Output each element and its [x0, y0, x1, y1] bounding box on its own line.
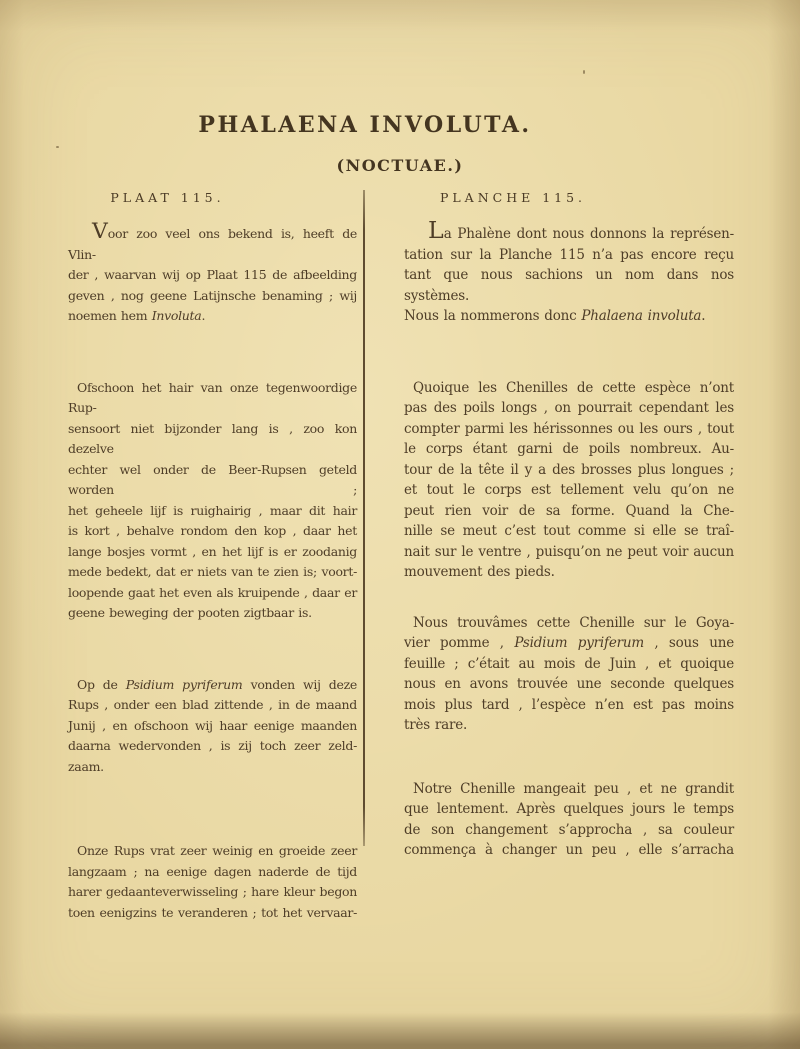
text-line: Junij , en ofschoon wij haar eenige maan…: [68, 716, 357, 737]
text-line: nille se meut c’est tout comme si elle s…: [404, 521, 734, 542]
text-line: pas des poils longs , on pourrait cepend…: [404, 398, 734, 419]
text-line: noemen hem Involuta.: [68, 306, 357, 327]
text-line: der , waarvan wij op Plaat 115 de afbeel…: [68, 265, 357, 286]
text-line: mois plus tard , l’espèce n’en est pas m…: [404, 695, 734, 716]
column-header-dutch: PLAAT 115.: [23, 190, 312, 206]
text-line: daarna wedervonden , is zij toch zeer ze…: [68, 736, 357, 757]
text-line: Nous trouvâmes cette Chenille sur le Goy…: [404, 613, 734, 634]
text-line: tant que nous sachions un nom dans nos s…: [404, 265, 734, 306]
text-line: harer gedaanteverwisseling ; hare kleur …: [68, 882, 357, 903]
paper-speck: [56, 146, 59, 148]
text-line: compter parmi les hérissonnes ou les our…: [404, 419, 734, 440]
paragraph-french-4: Notre Chenille mangeait peu , et ne gran…: [404, 779, 734, 861]
text-line: Notre Chenille mangeait peu , et ne gran…: [404, 779, 734, 800]
text-line: toen eenigzins te veranderen ; tot het v…: [68, 903, 357, 924]
text-line: Voor zoo veel ons bekend is, heeft de Vl…: [68, 224, 357, 265]
column-french: PLANCHE 115. La Phalène dont nous donnon…: [404, 190, 734, 861]
text-line: de son changement s’approcha , sa couleu…: [404, 820, 734, 841]
text-line: feuille ; c’était au mois de Juin , et q…: [404, 654, 734, 675]
text-line: mouvement des pieds.: [404, 562, 734, 583]
text-line: très rare.: [404, 715, 734, 736]
text-line: nait sur le ventre , puisqu’on ne peut v…: [404, 542, 734, 563]
text-line: Rups , onder een blad zittende , in de m…: [68, 695, 357, 716]
text-line: Ofschoon het hair van onze tegenwoordige…: [68, 378, 357, 419]
text-line: vier pomme , Psidium pyriferum , sous un…: [404, 633, 734, 654]
paragraph-dutch-2: Ofschoon het hair van onze tegenwoordige…: [68, 378, 357, 624]
text-line: Onze Rups vrat zeer weinig en groeide ze…: [68, 841, 357, 862]
text-line: langzaam ; na eenige dagen naderde de ti…: [68, 862, 357, 883]
text-line: geene beweging der pooten zigtbaar is.: [68, 603, 357, 624]
text-line: La Phalène dont nous donnons la représen…: [404, 224, 734, 245]
paper-speck: [583, 70, 585, 74]
paragraph-french-3: Nous trouvâmes cette Chenille sur le Goy…: [404, 613, 734, 736]
text-line: tour de la tête il y a des brosses plus …: [404, 460, 734, 481]
text-line: que lentement. Après quelques jours le t…: [404, 799, 734, 820]
paragraph-dutch-4: Onze Rups vrat zeer weinig en groeide ze…: [68, 841, 357, 923]
paragraph-dutch-1: Voor zoo veel ons bekend is, heeft de Vl…: [68, 224, 357, 327]
column-dutch: PLAAT 115. Voor zoo veel ons bekend is, …: [68, 190, 357, 923]
paragraph-french-1: La Phalène dont nous donnons la représen…: [404, 224, 734, 327]
text-line: tation sur la Planche 115 n’a pas encore…: [404, 245, 734, 266]
text-line: echter wel onder de Beer-Rupsen geteld w…: [68, 460, 357, 501]
text-line: commença à changer un peu , elle s’arrac…: [404, 840, 734, 861]
text-line: mede bedekt, dat er niets van te zien is…: [68, 562, 357, 583]
text-line: Quoique les Chenilles de cette espèce n’…: [404, 378, 734, 399]
text-line: Op de Psidium pyriferum vonden wij deze: [68, 675, 357, 696]
text-line: sensoort niet bijzonder lang is , zoo ko…: [68, 419, 357, 460]
text-line: het geheele lijf is ruighairig , maar di…: [68, 501, 357, 522]
text-line: lange bosjes vormt , en het lijf is er z…: [68, 542, 357, 563]
text-line: loopende gaat het even als kruipende , d…: [68, 583, 357, 604]
page-subtitle: (NOCTUAE.): [100, 156, 700, 175]
paragraph-french-2: Quoique les Chenilles de cette espèce n’…: [404, 378, 734, 583]
text-line: geven , nog geene Latijnsche benaming ; …: [68, 286, 357, 307]
paragraph-dutch-3: Op de Psidium pyriferum vonden wij dezeR…: [68, 675, 357, 778]
column-header-french: PLANCHE 115.: [348, 190, 678, 206]
text-line: et tout le corps est tellement velu qu’o…: [404, 480, 734, 501]
text-line: zaam.: [68, 757, 357, 778]
book-page: PHALAENA INVOLUTA. (NOCTUAE.) PLAAT 115.…: [0, 0, 800, 1049]
column-divider-rule: [363, 190, 365, 846]
text-line: nous en avons trouvée une seconde quelqu…: [404, 674, 734, 695]
page-title: PHALAENA INVOLUTA.: [65, 112, 665, 138]
text-line: is kort , behalve rondom den kop , daar …: [68, 521, 357, 542]
text-line: le corps étant garni de poils nombreux. …: [404, 439, 734, 460]
text-line: peut rien voir de sa forme. Quand la Che…: [404, 501, 734, 522]
text-line: Nous la nommerons donc Phalaena involuta…: [404, 306, 734, 327]
